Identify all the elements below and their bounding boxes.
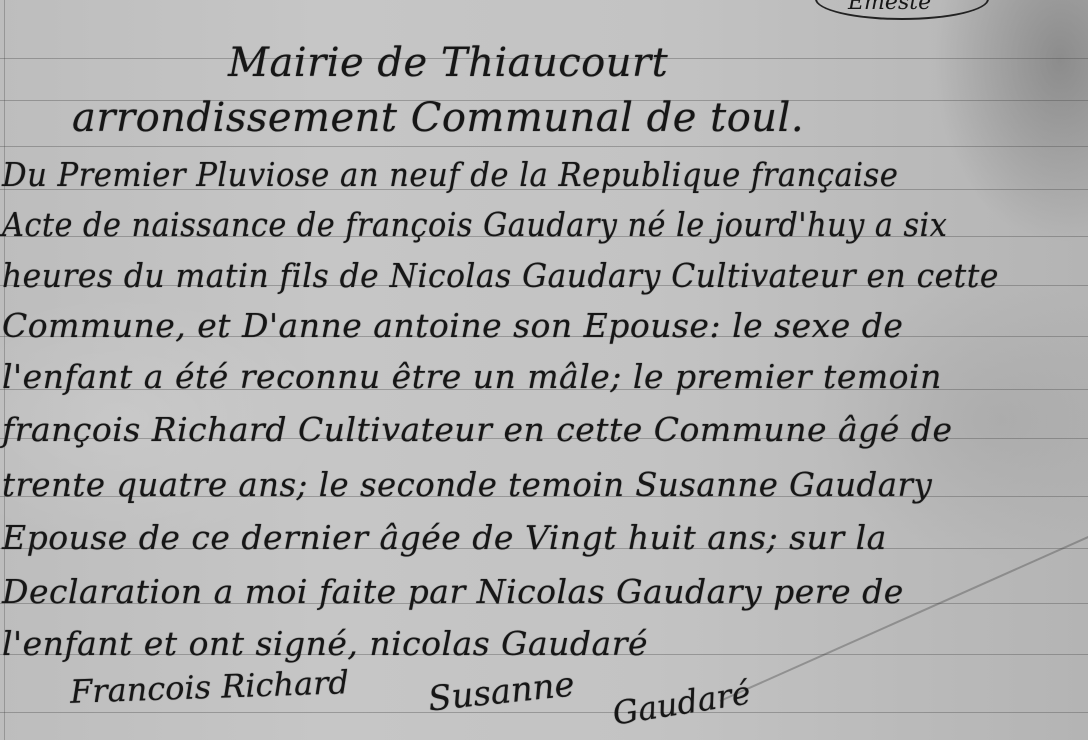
heading-mairie: Mairie de Thiaucourt [228,40,668,86]
body-line-7: trente quatre ans; le seconde temoin Sus… [2,465,932,504]
ruled-line [0,146,1088,147]
body-line-9: Declaration a moi faite par Nicolas Gaud… [2,572,904,611]
body-line-8: Epouse de ce dernier âgée de Vingt huit … [2,518,887,557]
body-line-6: françois Richard Cultivateur en cette Co… [2,410,952,449]
corner-note: Emeste [848,0,931,15]
heading-arrondissement: arrondissement Communal de toul. [72,95,804,141]
body-line-10: l'enfant et ont signé, nicolas Gaudaré [2,624,648,663]
body-line-3: heures du matin fils de Nicolas Gaudary … [2,256,999,295]
body-line-5: l'enfant a été reconnu être un mâle; le … [2,357,942,396]
signature-gaudare: Gaudaré [610,673,753,732]
body-line-2: Acte de naissance de françois Gaudary né… [2,205,947,244]
body-line-1: Du Premier Pluviose an neuf de la Republ… [2,155,898,194]
body-line-4: Commune, et D'anne antoine son Epouse: l… [2,306,903,345]
signature-francois-richard: Francois Richard [69,663,349,711]
document-scan: Emeste Mairie de Thiaucourt arrondisseme… [0,0,1088,740]
ruled-line [0,712,1088,713]
